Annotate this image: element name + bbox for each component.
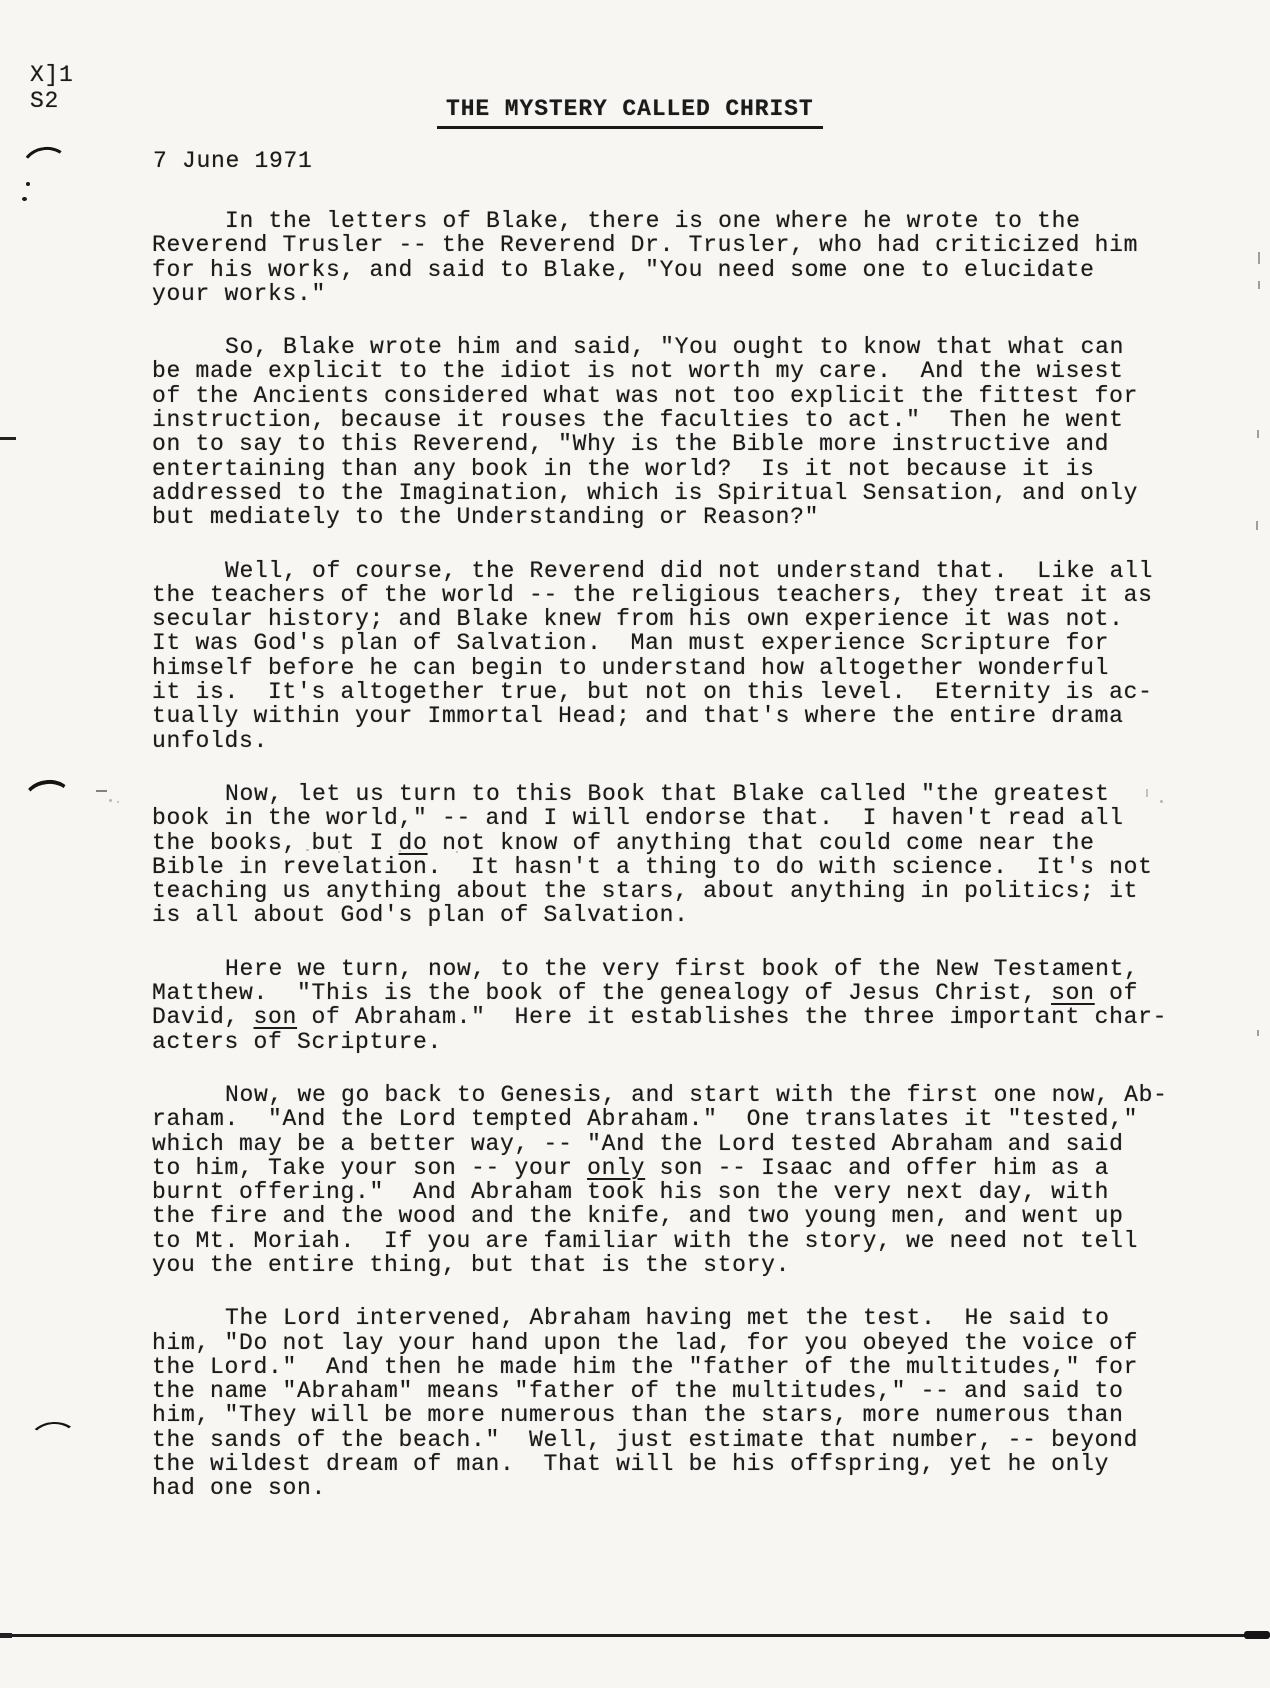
scan-edge-line xyxy=(0,1634,1270,1637)
document-date: 7 June 1971 xyxy=(153,148,313,174)
paragraph-6: Now, we go back to Genesis, and start wi… xyxy=(152,1083,1192,1277)
underlined-word: only xyxy=(587,1155,645,1181)
corner-line-1: X]1 xyxy=(30,62,74,88)
paragraph-7: The Lord intervened, Abraham having met … xyxy=(152,1306,1192,1500)
scan-speck xyxy=(96,790,107,792)
scan-tick xyxy=(1257,1030,1259,1036)
pen-mark-arc-3 xyxy=(25,1420,82,1469)
paragraph-2: So, Blake wrote him and said, "You ought… xyxy=(152,335,1192,529)
pen-mark-dot xyxy=(22,197,27,201)
scan-speck xyxy=(306,849,309,851)
paragraph-4: Now, let us turn to this Book that Blake… xyxy=(152,782,1192,928)
underlined-word: do xyxy=(399,830,428,856)
scan-speck xyxy=(1160,800,1163,803)
scan-tick xyxy=(1257,430,1259,438)
paragraph-5: Here we turn, now, to the very first boo… xyxy=(152,957,1192,1054)
paragraph-3: Well, of course, the Reverend did not un… xyxy=(152,559,1192,753)
pen-mark-arc-2 xyxy=(22,778,74,820)
scan-speck xyxy=(456,851,458,853)
scan-speck xyxy=(1146,789,1148,797)
document-page: X]1 S2 THE MYSTERY CALLED CHRIST 7 June … xyxy=(0,0,1270,1688)
scan-speck xyxy=(399,850,401,852)
corner-line-2: S2 xyxy=(30,88,74,114)
paragraph-1: In the letters of Blake, there is one wh… xyxy=(152,209,1192,306)
scan-tick xyxy=(1258,252,1260,264)
pen-mark-arc-1 xyxy=(18,143,74,194)
pen-mark-dot xyxy=(26,182,30,186)
underlined-word: son xyxy=(1051,980,1095,1006)
underlined-word: son xyxy=(254,1004,298,1030)
scan-speck xyxy=(117,801,119,803)
scan-speck xyxy=(109,799,112,802)
scan-tick xyxy=(1258,281,1260,289)
corner-annotation: X]1 S2 xyxy=(30,62,74,114)
page-title: THE MYSTERY CALLED CHRIST xyxy=(437,96,823,129)
scan-speck xyxy=(338,851,340,853)
document-body: In the letters of Blake, there is one wh… xyxy=(152,209,1192,1530)
margin-dash-mark xyxy=(0,437,16,440)
scan-tick xyxy=(1256,521,1258,530)
